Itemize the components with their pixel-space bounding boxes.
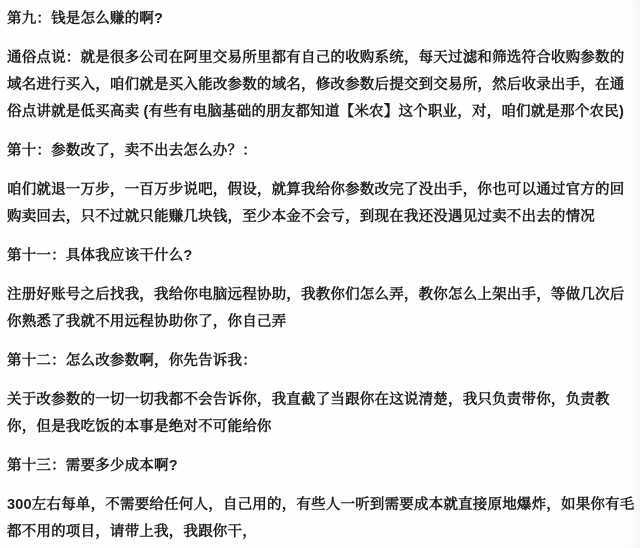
answer-paragraph: 注册好账号之后找我，我给你电脑远程协助，我教你们怎么弄，教你怎么上架出手，等做几… — [7, 282, 635, 336]
answer-paragraph: 300左右每单，不需要给任何人，自己用的，有些人一听到需要成本就直接原地爆炸，如… — [7, 492, 635, 546]
qa-section-9: 第九：钱是怎么赚的啊? 通俗点说：就是很多公司在阿里交易所里都有自己的收购系统，… — [7, 6, 635, 126]
answer-paragraph: 咱们就退一万步，一百万步说吧，假设，就算我给你参数改完了没出手，你也可以通过官方… — [7, 177, 635, 231]
question-heading: 第十三：需要多少成本啊? — [7, 453, 635, 480]
qa-section-12: 第十二：怎么改参数啊，你先告诉我： 关于改参数的一切一切我都不会告诉你，我直截了… — [7, 348, 635, 441]
qa-section-10: 第十：参数改了，卖不出去怎么办？： 咱们就退一万步，一百万步说吧，假设，就算我给… — [7, 138, 635, 231]
qa-section-11: 第十一：具体我应该干什么? 注册好账号之后找我，我给你电脑远程协助，我教你们怎么… — [7, 243, 635, 336]
answer-paragraph: 关于改参数的一切一切我都不会告诉你，我直截了当跟你在这说清楚，我只负责带你，负责… — [7, 387, 635, 441]
question-heading: 第九：钱是怎么赚的啊? — [7, 6, 635, 33]
qa-section-13: 第十三：需要多少成本啊? 300左右每单，不需要给任何人，自己用的，有些人一听到… — [7, 453, 635, 546]
article-page: 第九：钱是怎么赚的啊? 通俗点说：就是很多公司在阿里交易所里都有自己的收购系统，… — [0, 0, 640, 548]
answer-paragraph: 通俗点说：就是很多公司在阿里交易所里都有自己的收购系统，每天过滤和筛选符合收购参… — [7, 45, 635, 126]
question-heading: 第十：参数改了，卖不出去怎么办？： — [7, 138, 635, 165]
question-heading: 第十二：怎么改参数啊，你先告诉我： — [7, 348, 635, 375]
question-heading: 第十一：具体我应该干什么? — [7, 243, 635, 270]
